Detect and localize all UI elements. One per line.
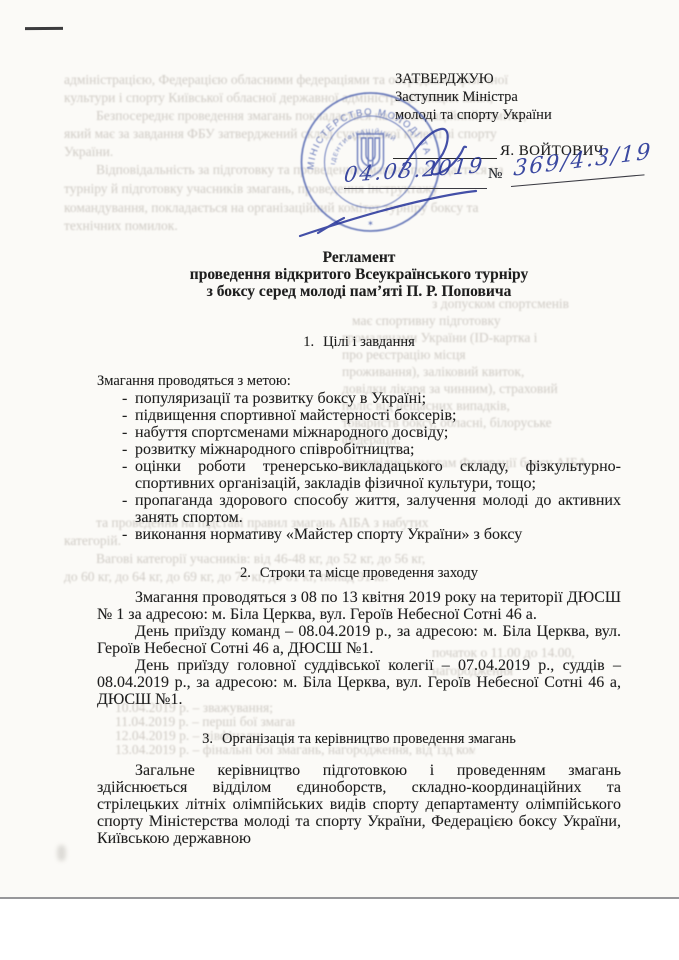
goal-item-text: набуття спортсменами міжнародного досвід…	[135, 424, 448, 441]
goals-bullet-list: -популяризації та розвитку боксу в Украї…	[97, 390, 621, 543]
body-paragraph: День приїзду команд – 08.04.2019 р., за …	[97, 623, 621, 657]
section-1-heading: 1.Цілі і завдання	[97, 334, 621, 351]
goal-item-text: оцінки роботи тренерсько-викладацького с…	[135, 458, 621, 492]
bleedthrough-line: технічних помилок.	[64, 218, 234, 233]
bullet-dash: -	[122, 390, 127, 407]
goal-item-text: розвитку міжнародного співробітництва;	[135, 441, 414, 458]
goal-item-6: -пропаганда здорового способу життя, зал…	[97, 492, 621, 526]
bleedthrough-line: України.	[64, 144, 144, 159]
title-line-1: Регламент	[97, 249, 621, 266]
goal-item-text: підвищення спортивної майстерності боксе…	[135, 407, 456, 424]
bleedthrough-line: 11.04.2019 р. – перші бої змагань;	[115, 714, 295, 729]
section-3-heading: 3.Організація та керівництво проведення …	[97, 731, 621, 748]
body-paragraph: День приїзду головної суддівської колегі…	[97, 657, 621, 708]
bullet-dash: -	[122, 492, 127, 509]
approval-line-approve: ЗАТВЕРДЖУЮ	[395, 70, 630, 88]
goal-item-text: пропаганда здорового способу життя, залу…	[135, 492, 621, 526]
bleedthrough-line: має спортивну підготовку	[352, 313, 620, 328]
goal-item-text: виконання нормативу «Майстер спорту Укра…	[135, 526, 522, 543]
goal-item-1: -популяризації та розвитку боксу в Украї…	[97, 390, 621, 407]
goal-item-3: -набуття спортсменами міжнародного досві…	[97, 424, 621, 441]
goal-item-2: -підвищення спортивної майстерності бокс…	[97, 407, 621, 424]
document-title: Регламент проведення відкритого Всеукраї…	[97, 249, 621, 300]
bullet-dash: -	[122, 526, 127, 543]
date-underline	[344, 188, 487, 189]
title-line-2: проведення відкритого Всеукраїнського ту…	[97, 266, 621, 283]
number-sign: №	[488, 166, 502, 183]
goal-item-5: -оцінки роботи тренерсько-викладацького …	[97, 458, 621, 492]
body-paragraph: Змагання проводяться з 08 по 13 квітня 2…	[97, 589, 621, 623]
body-paragraph: Загальне керівництво підготовкою і прове…	[97, 762, 621, 847]
goal-item-4: -розвитку міжнародного співробітництва;	[97, 441, 621, 458]
section-3-paragraphs: Загальне керівництво підготовкою і прове…	[97, 762, 621, 847]
bullet-dash: -	[122, 458, 127, 475]
section-2-paragraphs: Змагання проводяться з 08 по 13 квітня 2…	[97, 589, 621, 708]
goals-intro: Змагання проводяться з метою:	[97, 373, 621, 390]
bullet-dash: -	[122, 441, 127, 458]
bullet-dash: -	[122, 407, 127, 424]
section-2-heading: 2.Строки та місце проведення заходу	[97, 565, 621, 582]
bullet-dash: -	[122, 424, 127, 441]
scanned-document-page: адміністрацією, Федерацією обласними фед…	[0, 0, 679, 960]
goal-item-text: популяризації та розвитку боксу в Україн…	[135, 390, 426, 407]
scanner-background	[0, 899, 679, 960]
title-line-3: з боксу серед молоді пам’яті П. Р. Попов…	[97, 283, 621, 300]
scan-smudge	[57, 845, 66, 861]
bleedthrough-line: Вагові категорії учасників: від 46-48 кг…	[96, 551, 576, 566]
scan-corner-mark	[25, 27, 63, 30]
goal-item-7: -виконання нормативу «Майстер спорту Укр…	[97, 526, 621, 543]
